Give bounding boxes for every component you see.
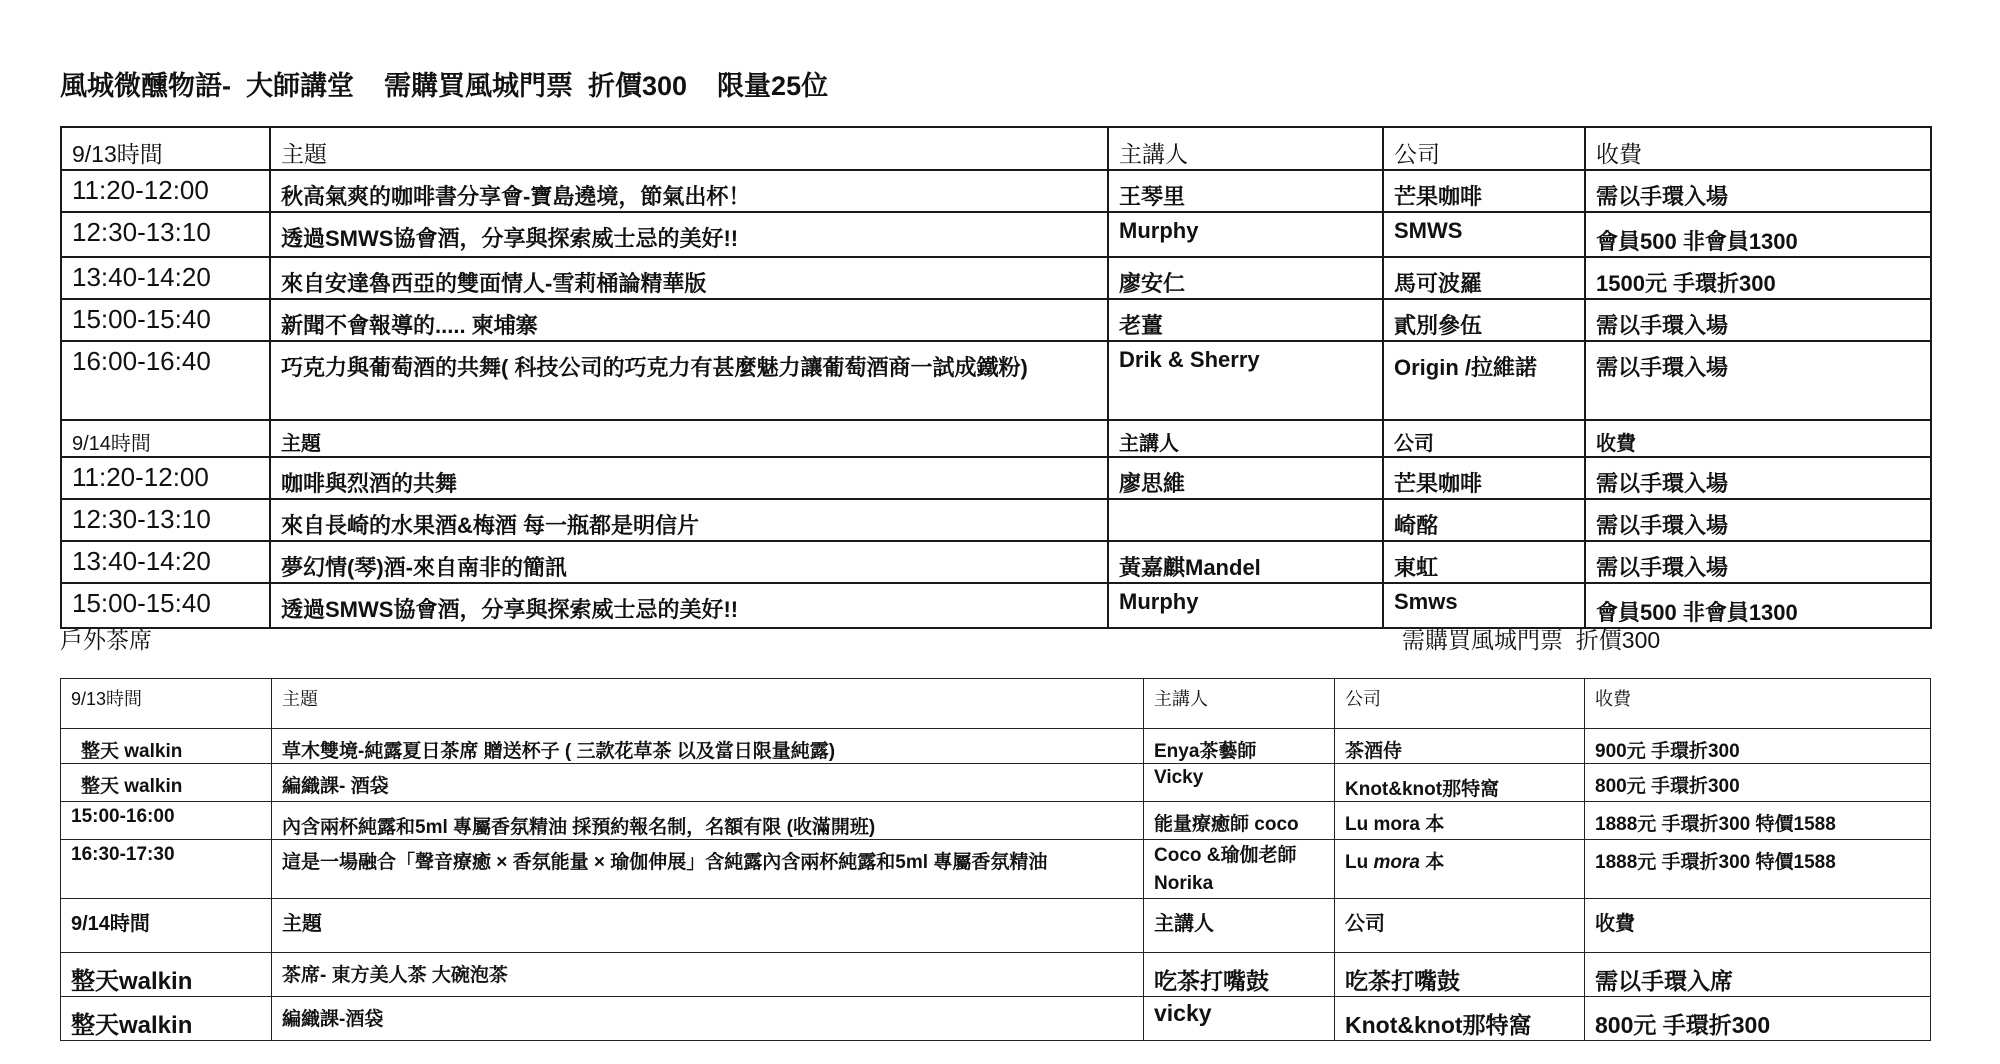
topic-cell: 夢幻情(琴)酒-來自南非的簡訊 bbox=[270, 541, 1108, 583]
table-row: 15:00-16:00 內含兩杯純露和5ml 專屬香氛精油 採預約報名制，名額有… bbox=[61, 802, 1931, 840]
header-time: 9/14時間 bbox=[61, 420, 270, 457]
topic-cell: 透過SMWS協會酒，分享與探索威士忌的美好!! bbox=[270, 212, 1108, 257]
topic-cell: 透過SMWS協會酒，分享與探索威士忌的美好!! bbox=[270, 583, 1108, 628]
fee-cell: 800元 手環折300 bbox=[1585, 997, 1931, 1041]
header-time: 9/13時間 bbox=[61, 127, 270, 170]
header-topic: 主題 bbox=[272, 679, 1144, 729]
header-time: 9/14時間 bbox=[61, 899, 272, 953]
fee-cell: 需以手環入場 bbox=[1585, 541, 1931, 583]
company-prefix: Lu bbox=[1345, 852, 1368, 873]
time-cell: 整天walkin bbox=[61, 953, 272, 997]
time-cell: 16:00-16:40 bbox=[61, 341, 270, 420]
company-cell: 崎酩 bbox=[1383, 499, 1585, 541]
outdoor-tea-table: 9/13時間 主題 主講人 公司 收費 整天 walkin 草木雙境-純露夏日茶… bbox=[60, 678, 1931, 1041]
table-row: 整天 walkin 編織課- 酒袋 Vicky Knot&knot那特窩 800… bbox=[61, 764, 1931, 802]
table-row: 整天 walkin 草木雙境-純露夏日茶席 贈送杯子 ( 三款花草茶 以及當日限… bbox=[61, 729, 1931, 764]
fee-cell: 會員500 非會員1300 bbox=[1585, 212, 1931, 257]
page-title: 風城微醺物語- 大師講堂 需購買風城門票 折價300 限量25位 bbox=[60, 70, 828, 102]
topic-cell: 巧克力與葡萄酒的共舞( 科技公司的巧克力有甚麼魅力讓葡萄酒商一試成鐵粉) bbox=[270, 341, 1108, 420]
table-row: 16:30-17:30 這是一場融合「聲音療癒 × 香氛能量 × 瑜伽伸展」含純… bbox=[61, 840, 1931, 899]
speaker-cell: 廖安仁 bbox=[1108, 257, 1383, 299]
master-class-table: 9/13時間 主題 主講人 公司 收費 11:20-12:00 秋高氣爽的咖啡書… bbox=[60, 126, 1932, 629]
header-company: 公司 bbox=[1335, 679, 1585, 729]
company-cell: Knot&knot那特窩 bbox=[1335, 997, 1585, 1041]
company-cell: SMWS bbox=[1383, 212, 1585, 257]
topic-cell: 編織課- 酒袋 bbox=[272, 764, 1144, 802]
topic-cell: 這是一場融合「聲音療癒 × 香氛能量 × 瑜伽伸展」含純露內含兩杯純露和5ml … bbox=[272, 840, 1144, 899]
speaker-cell: Vicky bbox=[1144, 764, 1335, 802]
fee-cell: 1500元 手環折300 bbox=[1585, 257, 1931, 299]
header-speaker: 主講人 bbox=[1108, 127, 1383, 170]
speaker-cell: 廖思維 bbox=[1108, 457, 1383, 499]
topic-cell: 編織課-酒袋 bbox=[272, 997, 1144, 1041]
header-speaker: 主講人 bbox=[1144, 899, 1335, 953]
topic-cell: 新聞不會報導的..... 柬埔寨 bbox=[270, 299, 1108, 341]
company-cell: Lu mora 本 bbox=[1335, 802, 1585, 840]
table-row: 整天walkin 編織課-酒袋 vicky Knot&knot那特窩 800元 … bbox=[61, 997, 1931, 1041]
topic-cell: 秋高氣爽的咖啡書分享會-寶島遶境，節氣出杯！ bbox=[270, 170, 1108, 212]
table-row: 16:00-16:40 巧克力與葡萄酒的共舞( 科技公司的巧克力有甚麼魅力讓葡萄… bbox=[61, 341, 1931, 420]
time-cell: 整天 walkin bbox=[61, 729, 272, 764]
speaker-cell: 黃嘉麒Mandel bbox=[1108, 541, 1383, 583]
fee-cell: 需以手環入場 bbox=[1585, 299, 1931, 341]
speaker-cell: Coco &瑜伽老師Norika bbox=[1144, 840, 1335, 899]
table-row: 12:30-13:10 透過SMWS協會酒，分享與探索威士忌的美好!! Murp… bbox=[61, 212, 1931, 257]
time-cell: 整天 walkin bbox=[61, 764, 272, 802]
time-cell: 11:20-12:00 bbox=[61, 457, 270, 499]
table-row: 11:20-12:00 秋高氣爽的咖啡書分享會-寶島遶境，節氣出杯！ 王琴里 芒… bbox=[61, 170, 1931, 212]
speaker-cell: Drik & Sherry bbox=[1108, 341, 1383, 420]
time-cell: 16:30-17:30 bbox=[61, 840, 272, 899]
company-cell: Lu mora 本 bbox=[1335, 840, 1585, 899]
header-fee: 收費 bbox=[1585, 899, 1931, 953]
speaker-cell bbox=[1108, 499, 1383, 541]
table-row: 15:00-15:40 新聞不會報導的..... 柬埔寨 老薑 貳別參伍 需以手… bbox=[61, 299, 1931, 341]
time-cell: 13:40-14:20 bbox=[61, 257, 270, 299]
topic-cell: 草木雙境-純露夏日茶席 贈送杯子 ( 三款花草茶 以及當日限量純露) bbox=[272, 729, 1144, 764]
topic-cell: 茶席- 東方美人茶 大碗泡茶 bbox=[272, 953, 1144, 997]
header-speaker: 主講人 bbox=[1144, 679, 1335, 729]
header-fee: 收費 bbox=[1585, 679, 1931, 729]
header-company: 公司 bbox=[1383, 420, 1585, 457]
table-header-row: 9/13時間 主題 主講人 公司 收費 bbox=[61, 127, 1931, 170]
fee-cell: 需以手環入場 bbox=[1585, 341, 1931, 420]
fee-cell: 1888元 手環折300 特價1588 bbox=[1585, 802, 1931, 840]
company-cell: 芒果咖啡 bbox=[1383, 457, 1585, 499]
header-topic: 主題 bbox=[272, 899, 1144, 953]
topic-cell: 內含兩杯純露和5ml 專屬香氛精油 採預約報名制，名額有限 (收滿開班) bbox=[272, 802, 1144, 840]
table-row: 13:40-14:20 夢幻情(琴)酒-來自南非的簡訊 黃嘉麒Mandel 東虹… bbox=[61, 541, 1931, 583]
table-header-row: 9/14時間 主題 主講人 公司 收費 bbox=[61, 899, 1931, 953]
speaker-cell: 能量療癒師 coco bbox=[1144, 802, 1335, 840]
time-cell: 15:00-16:00 bbox=[61, 802, 272, 840]
company-cell: Knot&knot那特窩 bbox=[1335, 764, 1585, 802]
table-row: 13:40-14:20 來自安達魯西亞的雙面情人-雪莉桶論精華版 廖安仁 馬可波… bbox=[61, 257, 1931, 299]
company-italic: mora bbox=[1368, 852, 1420, 873]
fee-cell: 需以手環入席 bbox=[1585, 953, 1931, 997]
table-row: 整天walkin 茶席- 東方美人茶 大碗泡茶 吃茶打嘴鼓 吃茶打嘴鼓 需以手環… bbox=[61, 953, 1931, 997]
company-cell: 吃茶打嘴鼓 bbox=[1335, 953, 1585, 997]
header-company: 公司 bbox=[1383, 127, 1585, 170]
table-header-row: 9/13時間 主題 主講人 公司 收費 bbox=[61, 679, 1931, 729]
header-company: 公司 bbox=[1335, 899, 1585, 953]
company-cell: 芒果咖啡 bbox=[1383, 170, 1585, 212]
speaker-cell: vicky bbox=[1144, 997, 1335, 1041]
time-cell: 整天walkin bbox=[61, 997, 272, 1041]
speaker-cell: Murphy bbox=[1108, 583, 1383, 628]
fee-cell: 需以手環入場 bbox=[1585, 457, 1931, 499]
speaker-cell: Murphy bbox=[1108, 212, 1383, 257]
company-cell: 馬可波羅 bbox=[1383, 257, 1585, 299]
fee-cell: 需以手環入場 bbox=[1585, 499, 1931, 541]
table-row: 11:20-12:00 咖啡與烈酒的共舞 廖思維 芒果咖啡 需以手環入場 bbox=[61, 457, 1931, 499]
company-cell: 茶酒侍 bbox=[1335, 729, 1585, 764]
fee-cell: 會員500 非會員1300 bbox=[1585, 583, 1931, 628]
header-fee: 收費 bbox=[1585, 420, 1931, 457]
topic-cell: 咖啡與烈酒的共舞 bbox=[270, 457, 1108, 499]
time-cell: 11:20-12:00 bbox=[61, 170, 270, 212]
time-cell: 15:00-15:40 bbox=[61, 299, 270, 341]
company-suffix: 本 bbox=[1420, 852, 1444, 873]
speaker-cell: Enya茶藝師 bbox=[1144, 729, 1335, 764]
topic-cell: 來自長崎的水果酒&梅酒 每一瓶都是明信片 bbox=[270, 499, 1108, 541]
header-topic: 主題 bbox=[270, 127, 1108, 170]
time-cell: 13:40-14:20 bbox=[61, 541, 270, 583]
speaker-cell: 老薑 bbox=[1108, 299, 1383, 341]
speaker-cell: 王琴里 bbox=[1108, 170, 1383, 212]
speaker-cell: 吃茶打嘴鼓 bbox=[1144, 953, 1335, 997]
fee-cell: 800元 手環折300 bbox=[1585, 764, 1931, 802]
header-speaker: 主講人 bbox=[1108, 420, 1383, 457]
company-cell: 貳別參伍 bbox=[1383, 299, 1585, 341]
table-row: 12:30-13:10 來自長崎的水果酒&梅酒 每一瓶都是明信片 崎酩 需以手環… bbox=[61, 499, 1931, 541]
fee-cell: 1888元 手環折300 特價1588 bbox=[1585, 840, 1931, 899]
time-cell: 15:00-15:40 bbox=[61, 583, 270, 628]
header-topic: 主題 bbox=[270, 420, 1108, 457]
time-cell: 12:30-13:10 bbox=[61, 499, 270, 541]
company-cell: 東虹 bbox=[1383, 541, 1585, 583]
ticket-discount-note: 需購買風城門票 折價300 bbox=[1402, 626, 1660, 654]
time-cell: 12:30-13:10 bbox=[61, 212, 270, 257]
fee-cell: 需以手環入場 bbox=[1585, 170, 1931, 212]
topic-cell: 來自安達魯西亞的雙面情人-雪莉桶論精華版 bbox=[270, 257, 1108, 299]
fee-cell: 900元 手環折300 bbox=[1585, 729, 1931, 764]
company-cell: Smws bbox=[1383, 583, 1585, 628]
table-row: 15:00-15:40 透過SMWS協會酒，分享與探索威士忌的美好!! Murp… bbox=[61, 583, 1931, 628]
company-cell: Origin /拉維諾 bbox=[1383, 341, 1585, 420]
header-time: 9/13時間 bbox=[61, 679, 272, 729]
header-fee: 收費 bbox=[1585, 127, 1931, 170]
table-header-row: 9/14時間 主題 主講人 公司 收費 bbox=[61, 420, 1931, 457]
outdoor-tea-section-label: 戶外茶席 bbox=[60, 626, 152, 654]
